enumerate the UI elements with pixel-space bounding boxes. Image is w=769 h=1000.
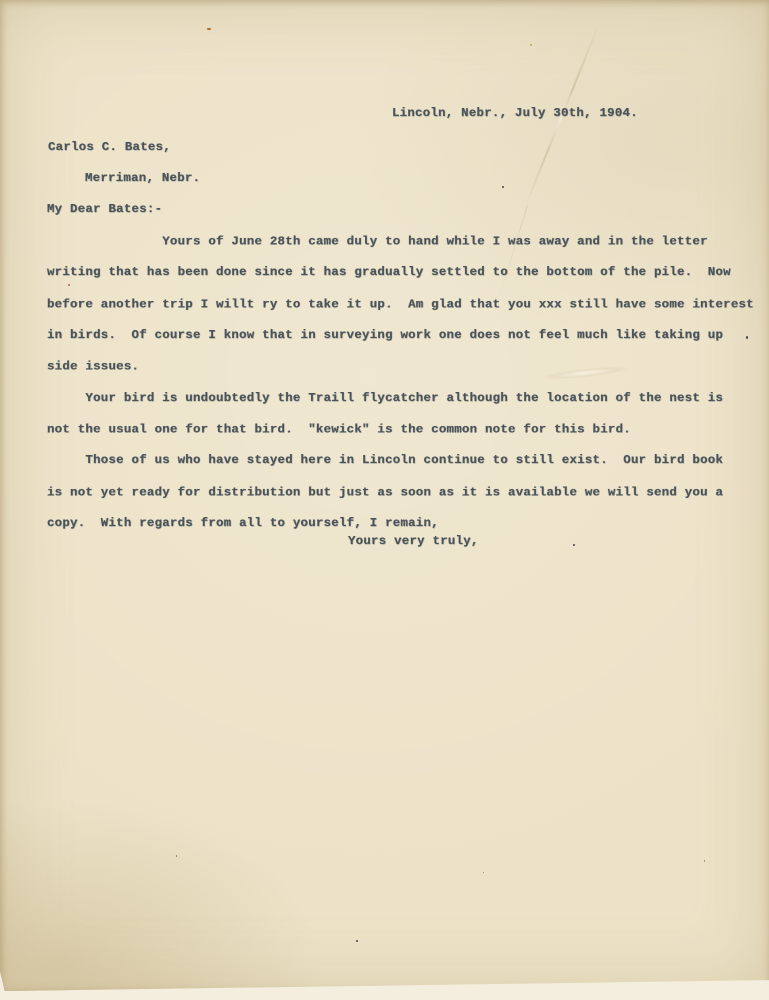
- recipient-address: Merriman, Nebr.: [85, 171, 200, 185]
- ink-speck: [207, 28, 211, 30]
- ink-speck: [530, 44, 532, 46]
- letter-body-line: Your bird is undoubtedly the Traill flyc…: [47, 383, 747, 414]
- letter-body-line: in birds. Of course I know that in surve…: [47, 320, 747, 351]
- letter-body-line: Those of us who have stayed here in Linc…: [47, 445, 747, 476]
- ink-speck: [502, 186, 504, 188]
- scanned-letter: Lincoln, Nebr., July 30th, 1904. Carlos …: [0, 0, 769, 1000]
- closing-valediction: Yours very truly,: [348, 534, 479, 548]
- letter-body-line: is not yet ready for distribution but ju…: [47, 477, 747, 508]
- ink-speck: [176, 855, 177, 857]
- letter-body-line: Yours of June 28th came duly to hand whi…: [47, 226, 747, 257]
- letter-body-line: side issues.: [47, 352, 747, 383]
- ink-speck: [356, 940, 358, 942]
- ink-speck: [483, 872, 484, 873]
- ink-speck: [704, 860, 705, 862]
- letter-body: Yours of June 28th came duly to hand whi…: [47, 226, 747, 539]
- ink-speck: [573, 544, 575, 546]
- salutation: My Dear Bates:-: [47, 202, 162, 216]
- ink-speck: [746, 336, 748, 339]
- ink-speck: [68, 284, 70, 286]
- letter-body-line: not the usual one for that bird. "kewick…: [47, 414, 747, 445]
- dateline: Lincoln, Nebr., July 30th, 1904.: [392, 106, 638, 120]
- letter-body-line: before another trip I willt ry to take i…: [47, 289, 747, 320]
- letter-body-line: writing that has been done since it has …: [47, 257, 747, 288]
- recipient-name: Carlos C. Bates,: [48, 140, 171, 154]
- letter-page: Lincoln, Nebr., July 30th, 1904. Carlos …: [0, 0, 769, 991]
